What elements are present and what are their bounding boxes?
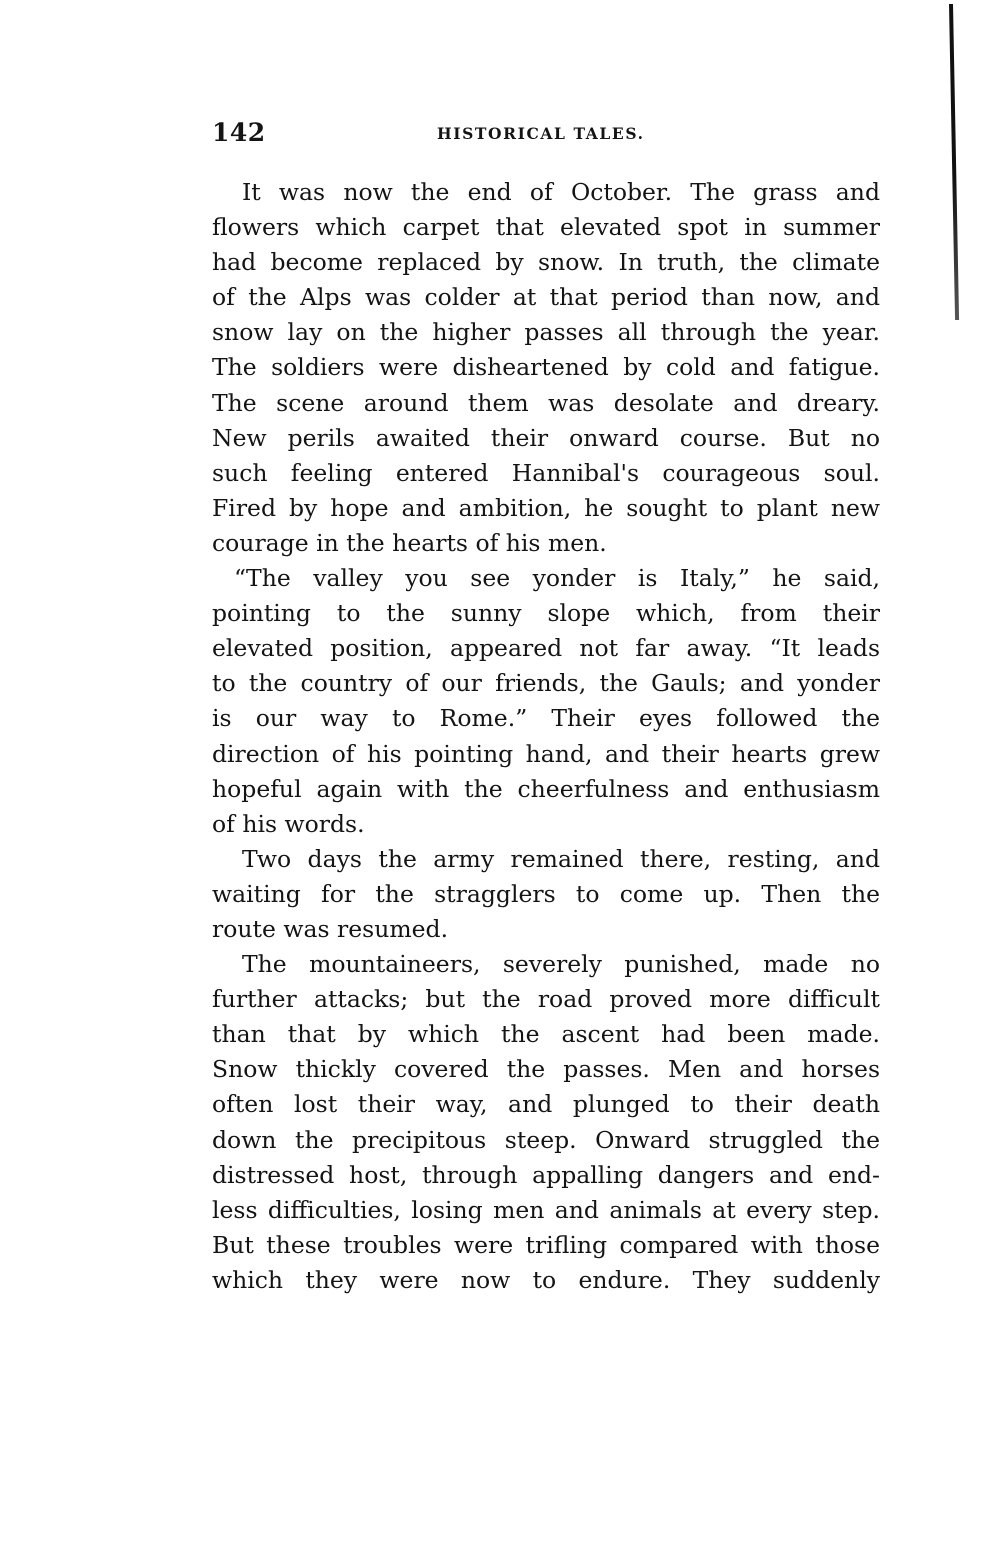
- text-line: had become replaced by snow. In truth, t…: [212, 245, 880, 280]
- text-line: distressed host, through appalling dange…: [212, 1158, 880, 1193]
- body-text: It was now the end of October. The grass…: [212, 175, 880, 1298]
- text-line: waiting for the stragglers to come up. T…: [212, 877, 880, 912]
- text-line: flowers which carpet that elevated spot …: [212, 210, 880, 245]
- text-line: Two days the army remained there, restin…: [212, 842, 880, 877]
- text-line: further attacks; but the road proved mor…: [212, 982, 880, 1017]
- paragraph-3: Two days the army remained there, restin…: [212, 842, 880, 947]
- text-line: hopeful again with the cheerfulness and …: [212, 772, 880, 807]
- text-line: The mountaineers, severely punished, mad…: [212, 947, 880, 982]
- text-line: is our way to Rome.” Their eyes followed…: [212, 701, 880, 736]
- paragraph-4: The mountaineers, severely punished, mad…: [212, 947, 880, 1298]
- text-line: “The valley you see yonder is Italy,” he…: [212, 561, 880, 596]
- text-line: snow lay on the higher passes all throug…: [212, 315, 880, 350]
- text-line: elevated position, appeared not far away…: [212, 631, 880, 666]
- text-line: route was resumed.: [212, 912, 880, 947]
- text-line: direction of his pointing hand, and thei…: [212, 737, 880, 772]
- text-line: It was now the end of October. The grass…: [212, 175, 880, 210]
- paragraph-1: It was now the end of October. The grass…: [212, 175, 880, 561]
- text-line: But these troubles were trifling compare…: [212, 1228, 880, 1263]
- text-line: Snow thickly covered the passes. Men and…: [212, 1052, 880, 1087]
- text-line: to the country of our friends, the Gauls…: [212, 666, 880, 701]
- text-line: courage in the hearts of his men.: [212, 526, 880, 561]
- text-line: than that by which the ascent had been m…: [212, 1017, 880, 1052]
- text-line: The soldiers were disheartened by cold a…: [212, 350, 880, 385]
- text-line: of the Alps was colder at that period th…: [212, 280, 880, 315]
- page-number: 142: [212, 118, 266, 147]
- text-line: less difficulties, losing men and animal…: [212, 1193, 880, 1228]
- text-line: such feeling entered Hannibal's courageo…: [212, 456, 880, 491]
- text-line: pointing to the sunny slope which, from …: [212, 596, 880, 631]
- page-header: 142 HISTORICAL TALES.: [212, 118, 880, 152]
- running-head: HISTORICAL TALES.: [437, 124, 645, 143]
- paragraph-2: “The valley you see yonder is Italy,” he…: [212, 561, 880, 842]
- text-line: New perils awaited their onward course. …: [212, 421, 880, 456]
- text-line: down the precipitous steep. Onward strug…: [212, 1123, 880, 1158]
- text-line: The scene around them was desolate and d…: [212, 386, 880, 421]
- page-edge-line: [949, 4, 959, 320]
- text-line: which they were now to endure. They sudd…: [212, 1263, 880, 1298]
- text-line: of his words.: [212, 807, 880, 842]
- text-line: Fired by hope and ambition, he sought to…: [212, 491, 880, 526]
- text-line: often lost their way, and plunged to the…: [212, 1087, 880, 1122]
